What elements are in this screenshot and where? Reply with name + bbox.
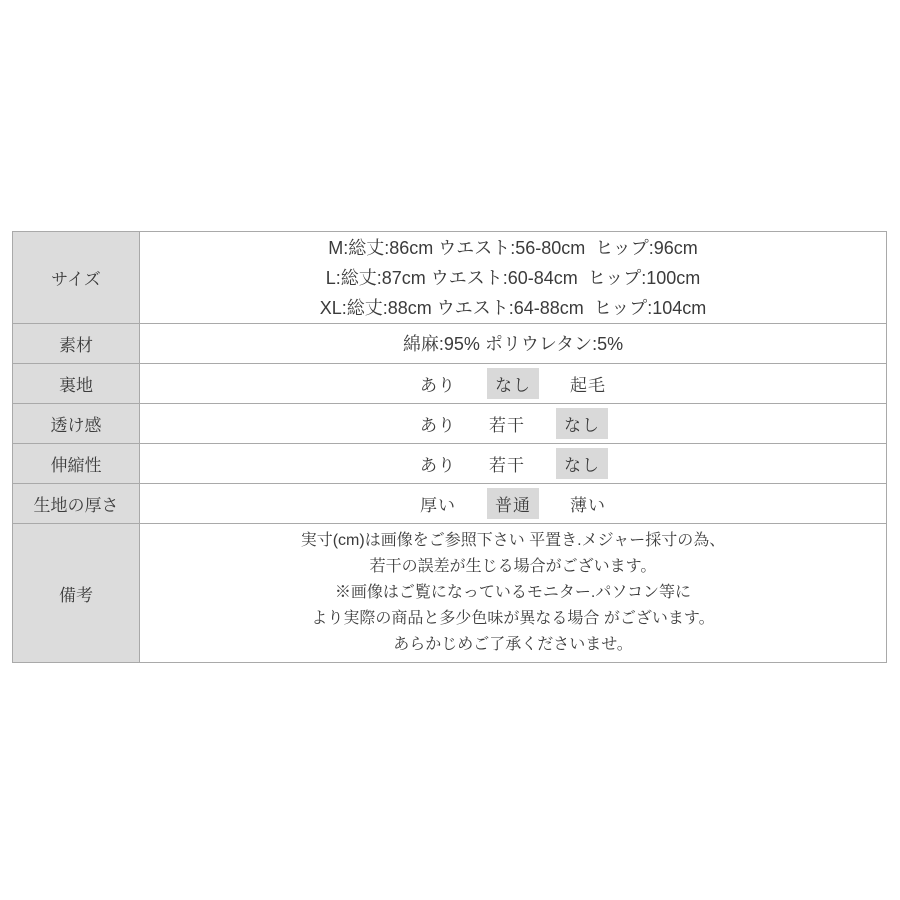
row-label-lining: 裏地 [13, 364, 140, 403]
option-lining-kimo: 起毛 [568, 368, 608, 399]
option-thickness-atsui: 厚い [418, 488, 458, 519]
option-group-thickness: 厚い 普通 薄い [418, 488, 608, 519]
material-text: 綿麻:95% ポリウレタン:5% [403, 332, 623, 356]
row-label-stretch: 伸縮性 [13, 444, 140, 483]
product-spec-table: サイズ M:総丈:86cm ウエスト:56-80cm ヒップ:96cm L:総丈… [12, 231, 887, 663]
table-row-thickness: 生地の厚さ 厚い 普通 薄い [13, 483, 886, 523]
option-stretch-ari: あり [418, 448, 458, 479]
option-stretch-nashi-selected: なし [556, 448, 608, 479]
notes-line-1: 実寸(cm)は画像をご参照下さい 平置き.メジャー採寸の為、 [301, 528, 726, 554]
option-stretch-jakkan: 若干 [487, 448, 527, 479]
table-row-notes: 備考 実寸(cm)は画像をご参照下さい 平置き.メジャー採寸の為、 若干の誤差が… [13, 523, 886, 662]
size-values: M:総丈:86cm ウエスト:56-80cm ヒップ:96cm L:総丈:87c… [140, 232, 886, 323]
option-group-stretch: あり 若干 なし [418, 448, 608, 479]
table-row-lining: 裏地 あり なし 起毛 [13, 363, 886, 403]
table-row-material: 素材 綿麻:95% ポリウレタン:5% [13, 323, 886, 363]
table-row-sheerness: 透け感 あり 若干 なし [13, 403, 886, 443]
table-row-stretch: 伸縮性 あり 若干 なし [13, 443, 886, 483]
notes-line-4: より実際の商品と多少色味が異なる場合 がございます。 [311, 606, 714, 632]
table-row-size: サイズ M:総丈:86cm ウエスト:56-80cm ヒップ:96cm L:総丈… [13, 232, 886, 323]
stretch-options: あり 若干 なし [140, 444, 886, 483]
lining-options: あり なし 起毛 [140, 364, 886, 403]
notes-line-3: ※画像はご覧になっているモニター.パソコン等に [335, 580, 691, 606]
thickness-options: 厚い 普通 薄い [140, 484, 886, 523]
option-thickness-usui: 薄い [568, 488, 608, 519]
notes-line-2: 若干の誤差が生じる場合がございます。 [370, 554, 657, 580]
row-label-notes: 備考 [13, 524, 140, 662]
notes-content: 実寸(cm)は画像をご参照下さい 平置き.メジャー採寸の為、 若干の誤差が生じる… [140, 524, 886, 662]
option-sheerness-nashi-selected: なし [556, 408, 608, 439]
size-line-m: M:総丈:86cm ウエスト:56-80cm ヒップ:96cm [328, 233, 698, 263]
row-label-sheerness: 透け感 [13, 404, 140, 443]
size-line-l: L:総丈:87cm ウエスト:60-84cm ヒップ:100cm [326, 263, 701, 293]
option-sheerness-jakkan: 若干 [487, 408, 527, 439]
row-label-thickness: 生地の厚さ [13, 484, 140, 523]
option-sheerness-ari: あり [418, 408, 458, 439]
sheerness-options: あり 若干 なし [140, 404, 886, 443]
option-lining-ari: あり [418, 368, 458, 399]
notes-line-5: あらかじめご了承くださいませ。 [393, 632, 633, 658]
size-line-xl: XL:総丈:88cm ウエスト:64-88cm ヒップ:104cm [320, 293, 707, 323]
option-lining-nashi-selected: なし [487, 368, 539, 399]
option-group-sheerness: あり 若干 なし [418, 408, 608, 439]
option-thickness-futsuu-selected: 普通 [487, 488, 539, 519]
row-label-material: 素材 [13, 324, 140, 363]
product-spec-page: サイズ M:総丈:86cm ウエスト:56-80cm ヒップ:96cm L:総丈… [0, 0, 900, 900]
option-group-lining: あり なし 起毛 [418, 368, 608, 399]
row-label-size: サイズ [13, 232, 140, 323]
material-value: 綿麻:95% ポリウレタン:5% [140, 324, 886, 363]
